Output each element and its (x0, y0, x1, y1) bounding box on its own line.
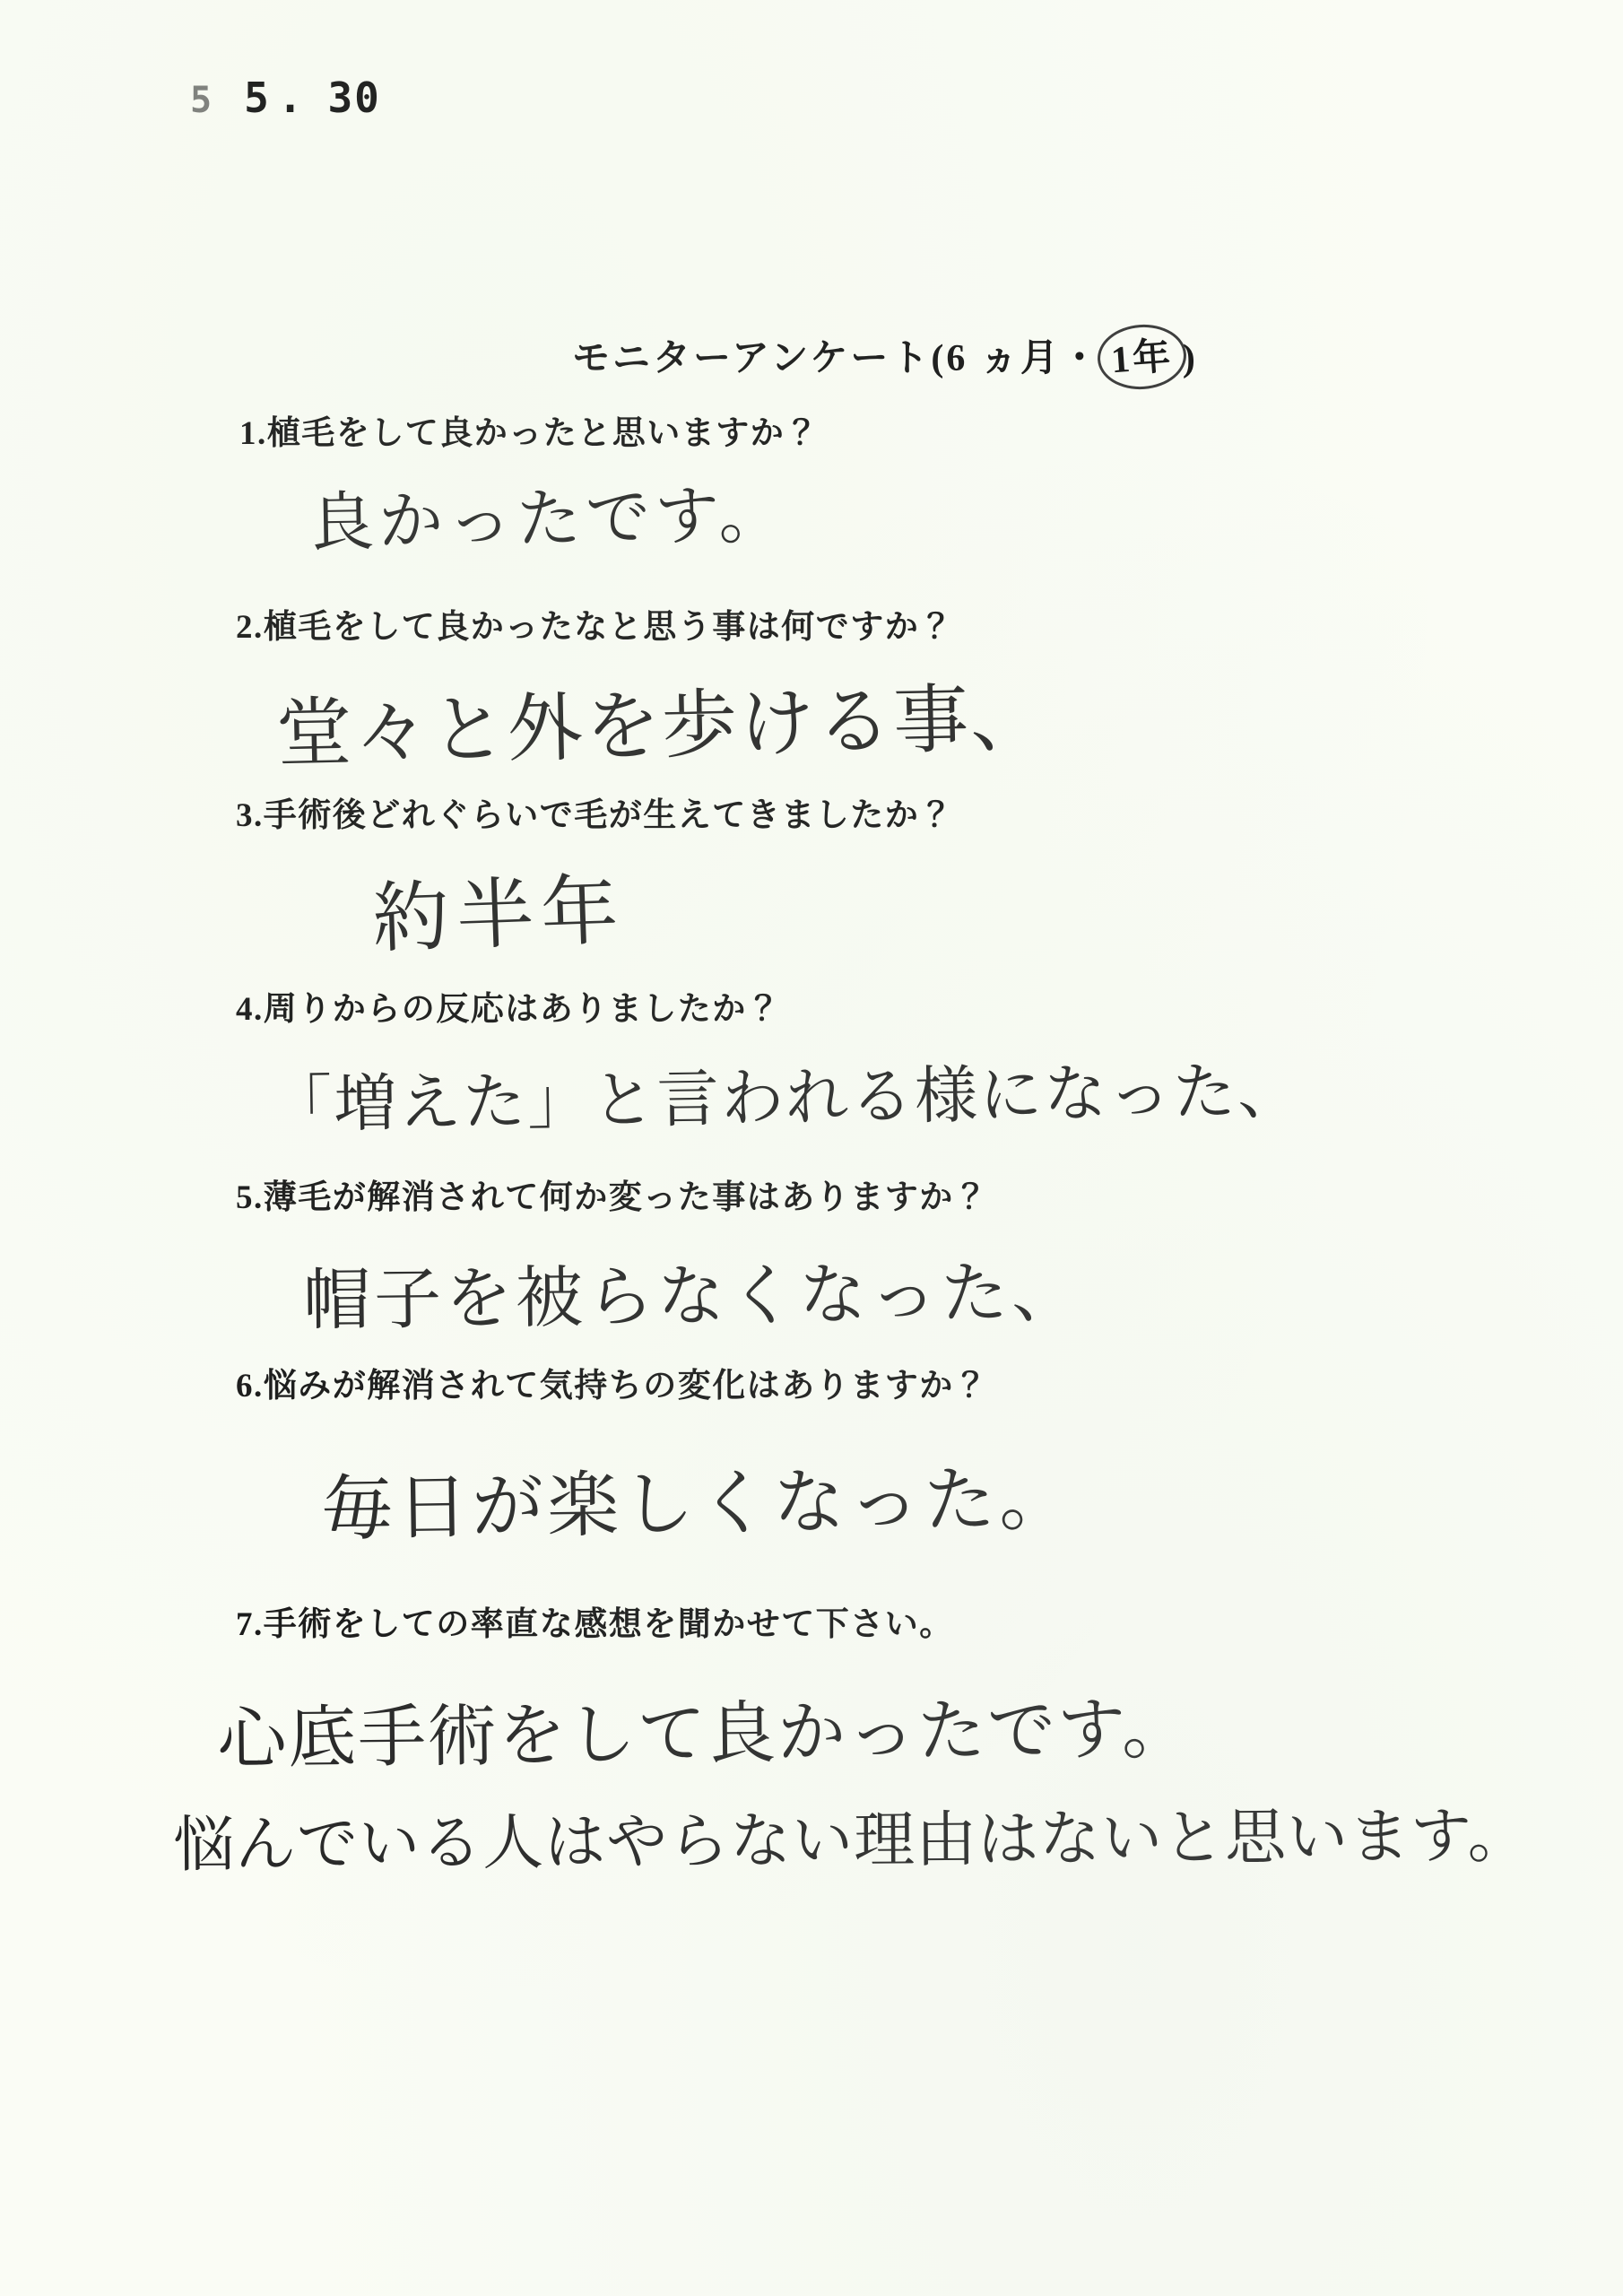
question-4-label: 4.周りからの反応はありましたか？ (236, 981, 781, 1030)
date-stamp-faint-digit: 5 (190, 80, 221, 121)
date-stamp: 55.30 (190, 74, 381, 122)
question-5-answer: 帽子を被らなくなった、 (302, 1239, 1082, 1343)
question-3-label: 3.手術後どれぐらいで毛が生えてきましたか？ (236, 787, 954, 836)
question-5-label: 5.薄毛が解消されて何か変った事はありますか？ (236, 1170, 988, 1218)
page-title: モニターアンケート(6 ヵ月・1年) (572, 325, 1198, 389)
question-1-answer: 良かったです。 (308, 462, 788, 563)
scanned-survey-page: 55.30 モニターアンケート(6 ヵ月・1年) 1.植毛をして良かったと思いま… (0, 0, 1623, 2296)
question-2-answer: 堂々と外を歩ける事、 (275, 657, 1048, 782)
date-stamp-month: 5. (244, 74, 311, 122)
title-text-before: モニターアンケート(6 ヵ月・ (572, 338, 1101, 379)
question-6-label: 6.悩みが解消されて気持ちの変化はありますか？ (236, 1358, 988, 1406)
question-4-answer: 「増えた」と言われる様になった、 (268, 1040, 1302, 1145)
question-7-label: 7.手術をしての率直な感想を聞かせて下さい。 (236, 1596, 954, 1645)
title-circled-option: 1年 (1095, 322, 1188, 393)
question-1-label: 1.植毛をして良かったと思いますか？ (239, 405, 820, 454)
question-2-label: 2.植毛をして良かったなと思う事は何ですか？ (236, 599, 954, 648)
date-stamp-day: 30 (327, 74, 380, 122)
question-7-answer-line-1: 心底手術をして良かったです。 (217, 1674, 1192, 1781)
question-3-answer: 約半年 (370, 848, 627, 968)
question-6-answer: 毎日が楽しくなった。 (320, 1440, 1075, 1554)
question-7-answer-line-2: 悩んでいる人はやらない理由はないと思います。 (173, 1787, 1530, 1884)
